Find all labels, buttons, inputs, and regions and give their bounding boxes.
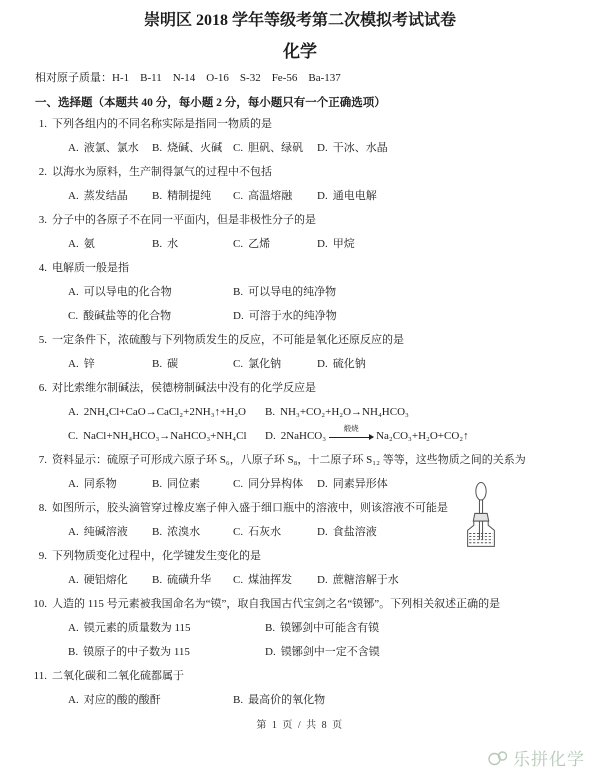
option-C: C.高温熔融 [233, 184, 317, 208]
reaction-arrow-icon: 煅烧 [329, 436, 373, 437]
option-row: A.对应的酸的酸酐B.最高价的氧化物 [33, 688, 580, 712]
question-6: 6.对比索维尔制碱法，侯德榜制碱法中没有的化学反应是A.2NH₄Cl+CaO→C… [33, 376, 580, 448]
option-B: B.精制提纯 [152, 184, 233, 208]
option-text: 最高价的氧化物 [248, 694, 325, 706]
reaction-condition: 煅烧 [344, 424, 359, 434]
option-text: 碳 [167, 358, 178, 370]
option-B: B.浓溴水 [152, 520, 233, 544]
question-line: 4.电解质一般是指 [33, 256, 580, 280]
option-row: C.酸碱盐等的化合物D.可溶于水的纯净物 [33, 304, 580, 328]
option-text: 同素异形体 [333, 478, 388, 490]
option-label: C. [233, 190, 243, 202]
option-text: 镆元素的质量数为 115 [84, 622, 191, 634]
option-A: A.硬铝熔化 [68, 568, 152, 592]
option-label: A. [68, 142, 79, 154]
option-row: B.镆原子的中子数为 115D.镆铘剑中一定不含镆 [33, 640, 580, 664]
question-number: 4. [33, 256, 47, 280]
option-label: B. [152, 358, 162, 370]
option-label: C. [68, 310, 78, 322]
option-label: C. [233, 526, 243, 538]
option-A: A.蒸发结晶 [68, 184, 152, 208]
option-text: NaCl+NH₄HCO₃→NaHCO₃+NH₄Cl [83, 430, 246, 442]
option-text: 可以导电的纯净物 [248, 286, 336, 298]
question-number: 7. [33, 448, 47, 472]
option-label: D. [317, 478, 328, 490]
option-B: B.镆原子的中子数为 115 [68, 640, 265, 664]
question-number: 1. [33, 112, 47, 136]
option-row: A.锌B.碳C.氯化钠D.硫化钠 [33, 352, 580, 376]
option-text: 镆铘剑中可能含有镆 [280, 622, 379, 634]
option-text: 干冰、水晶 [333, 142, 388, 154]
question-text: 电解质一般是指 [52, 262, 129, 274]
option-text: 酸碱盐等的化合物 [83, 310, 171, 322]
option-text: 蒸发结晶 [84, 190, 128, 202]
option-D: D.2NaHCO₃煅烧Na₂CO₃+H₂O+CO₂↑ [265, 424, 469, 448]
question-line: 10.人造的 115 号元素被我国命名为“镆”，取自我国古代宝剑之名“镆铘”。下… [33, 592, 580, 616]
question-text: 资料显示：硫原子可形成六原子环 S₆，八原子环 S₈，十二原子环 S₁₂ 等等，… [52, 454, 526, 466]
option-label: D. [265, 430, 276, 442]
question-number: 5. [33, 328, 47, 352]
question-line: 5.一定条件下，浓硫酸与下列物质发生的反应，不可能是氧化还原反应的是 [33, 328, 580, 352]
option-C: C.煤油挥发 [233, 568, 317, 592]
option-A: A.纯碱溶液 [68, 520, 152, 544]
option-text: 水 [167, 238, 178, 250]
question-number: 3. [33, 208, 47, 232]
question-text: 一定条件下，浓硫酸与下列物质发生的反应，不可能是氧化还原反应的是 [52, 334, 404, 346]
questions: 1.下列各组内的不同名称实际是指同一物质的是A.液氯、氯水B.烧碱、火碱C.胆矾… [0, 112, 600, 712]
option-text: 胆矾、绿矾 [248, 142, 303, 154]
option-label: C. [233, 574, 243, 586]
option-C: C.乙烯 [233, 232, 317, 256]
option-D: D.蔗糖溶解于水 [317, 568, 399, 592]
option-D: D.硫化钠 [317, 352, 366, 376]
option-A: A.锌 [68, 352, 152, 376]
option-text: 煤油挥发 [248, 574, 292, 586]
option-B: B.NH₃+CO₂+H₂O→NH₄HCO₃ [265, 400, 409, 424]
option-label: A. [68, 526, 79, 538]
option-row: A.可以导电的化合物B.可以导电的纯净物 [33, 280, 580, 304]
option-text: 硬铝熔化 [84, 574, 128, 586]
exam-paper-page: 崇明区 2018 学年等级考第二次模拟考试试卷 化学 相对原子质量：H-1 B-… [0, 0, 600, 782]
option-label: A. [68, 694, 79, 706]
option-label: D. [317, 142, 328, 154]
option-B: B.最高价的氧化物 [233, 688, 325, 712]
option-text: 对应的酸的酸酐 [84, 694, 161, 706]
question-5: 5.一定条件下，浓硫酸与下列物质发生的反应，不可能是氧化还原反应的是A.锌B.碳… [33, 328, 580, 376]
option-row: A.镆元素的质量数为 115B.镆铘剑中可能含有镆 [33, 616, 580, 640]
option-text: 烧碱、火碱 [167, 142, 222, 154]
question-line: 2.以海水为原料，生产制得氯气的过程中不包括 [33, 160, 580, 184]
atomic-mass-line: 相对原子质量：H-1 B-11 N-14 O-16 S-32 Fe-56 Ba-… [35, 71, 600, 85]
option-text: 硫磺升华 [167, 574, 211, 586]
question-text: 以海水为原料，生产制得氯气的过程中不包括 [52, 166, 272, 178]
equation-post: Na₂CO₃+H₂O+CO₂↑ [376, 430, 469, 442]
option-row: A.液氯、氯水B.烧碱、火碱C.胆矾、绿矾D.干冰、水晶 [33, 136, 580, 160]
option-B: B.烧碱、火碱 [152, 136, 233, 160]
option-D: D.甲烷 [317, 232, 355, 256]
option-text: 2NH₄Cl+CaO→CaCl₂+2NH₃↑+H₂O [84, 406, 246, 418]
option-D: D.可溶于水的纯净物 [233, 304, 337, 328]
subject-title: 化学 [0, 42, 600, 62]
option-text: 高温熔融 [248, 190, 292, 202]
question-number: 9. [33, 544, 47, 568]
question-11: 11.二氧化碳和二氧化硫都属于A.对应的酸的酸酐B.最高价的氧化物 [33, 664, 580, 712]
option-label: C. [233, 358, 243, 370]
option-text: 同分异构体 [248, 478, 303, 490]
question-number: 11. [33, 664, 47, 688]
option-label: C. [233, 478, 243, 490]
option-text: 纯碱溶液 [84, 526, 128, 538]
question-10: 10.人造的 115 号元素被我国命名为“镆”，取自我国古代宝剑之名“镆铘”。下… [33, 592, 580, 664]
option-text: 氨 [84, 238, 95, 250]
option-row: C.NaCl+NH₄HCO₃→NaHCO₃+NH₄ClD.2NaHCO₃煅烧Na… [33, 424, 580, 448]
option-label: D. [317, 238, 328, 250]
option-text: 液氯、氯水 [84, 142, 139, 154]
option-label: A. [68, 574, 79, 586]
option-text: 同位素 [167, 478, 200, 490]
option-B: B.镆铘剑中可能含有镆 [265, 616, 379, 640]
option-text: 食盐溶液 [333, 526, 377, 538]
option-label: B. [68, 646, 78, 658]
option-text: 锌 [84, 358, 95, 370]
option-label: A. [68, 286, 79, 298]
option-text: 氯化钠 [248, 358, 281, 370]
option-label: B. [233, 694, 243, 706]
option-label: B. [152, 190, 162, 202]
option-label: B. [152, 478, 162, 490]
option-label: D. [317, 574, 328, 586]
option-label: B. [152, 238, 162, 250]
option-label: A. [68, 478, 79, 490]
option-text: 蔗糖溶解于水 [333, 574, 399, 586]
option-row: A.硬铝熔化B.硫磺升华C.煤油挥发D.蔗糖溶解于水 [33, 568, 580, 592]
question-line: 1.下列各组内的不同名称实际是指同一物质的是 [33, 112, 580, 136]
option-label: A. [68, 622, 79, 634]
watermark-logo-icon [487, 749, 509, 767]
option-B: B.同位素 [152, 472, 233, 496]
option-C: C.石灰水 [233, 520, 317, 544]
option-label: D. [317, 358, 328, 370]
option-text: 镆原子的中子数为 115 [83, 646, 190, 658]
dropper-bottle-figure [459, 481, 503, 551]
question-1: 1.下列各组内的不同名称实际是指同一物质的是A.液氯、氯水B.烧碱、火碱C.胆矾… [33, 112, 580, 160]
option-D: D.食盐溶液 [317, 520, 377, 544]
question-4: 4.电解质一般是指A.可以导电的化合物B.可以导电的纯净物C.酸碱盐等的化合物D… [33, 256, 580, 328]
question-number: 2. [33, 160, 47, 184]
option-C: C.同分异构体 [233, 472, 317, 496]
option-label: A. [68, 358, 79, 370]
question-text: 分子中的各原子不在同一平面内，但是非极性分子的是 [52, 214, 316, 226]
option-B: B.可以导电的纯净物 [233, 280, 336, 304]
question-9: 9.下列物质变化过程中，化学键发生变化的是A.硬铝熔化B.硫磺升华C.煤油挥发D… [33, 544, 580, 592]
option-text: 甲烷 [333, 238, 355, 250]
option-D: D.镆铘剑中一定不含镆 [265, 640, 380, 664]
option-text: 石灰水 [248, 526, 281, 538]
question-text: 二氧化碳和二氧化硫都属于 [52, 670, 184, 682]
option-label: B. [265, 406, 275, 418]
option-row: A.蒸发结晶B.精制提纯C.高温熔融D.通电电解 [33, 184, 580, 208]
dropper-bulb [476, 483, 486, 501]
option-label: D. [233, 310, 244, 322]
question-text: 对比索维尔制碱法，侯德榜制碱法中没有的化学反应是 [52, 382, 316, 394]
option-C: C.NaCl+NH₄HCO₃→NaHCO₃+NH₄Cl [68, 424, 265, 448]
option-A: A.2NH₄Cl+CaO→CaCl₂+2NH₃↑+H₂O [68, 400, 265, 424]
option-label: C. [68, 430, 78, 442]
option-text: 同系物 [84, 478, 117, 490]
question-text: 人造的 115 号元素被我国命名为“镆”，取自我国古代宝剑之名“镆铘”。下列相关… [52, 598, 500, 610]
question-text: 如图所示，胶头滴管穿过橡皮塞子伸入盛于细口瓶中的溶液中，则该溶液不可能是 [52, 502, 448, 514]
watermark: 乐拼化学 [487, 745, 585, 770]
arrow-shaft [329, 437, 373, 438]
option-A: A.同系物 [68, 472, 152, 496]
section-heading: 一、选择题（本题共 40 分，每小题 2 分，每小题只有一个正确选项） [35, 96, 600, 110]
option-A: A.可以导电的化合物 [68, 280, 233, 304]
option-text: 通电电解 [333, 190, 377, 202]
option-text: 可溶于水的纯净物 [249, 310, 337, 322]
option-label: A. [68, 190, 79, 202]
option-label: B. [265, 622, 275, 634]
question-3: 3.分子中的各原子不在同一平面内，但是非极性分子的是A.氨B.水C.乙烯D.甲烷 [33, 208, 580, 256]
question-line: 7.资料显示：硫原子可形成六原子环 S₆，八原子环 S₈，十二原子环 S₁₂ 等… [33, 448, 580, 472]
option-text: 镆铘剑中一定不含镆 [281, 646, 380, 658]
option-text: 精制提纯 [167, 190, 211, 202]
option-B: B.水 [152, 232, 233, 256]
option-label: D. [265, 646, 276, 658]
equation-pre: 2NaHCO₃ [281, 430, 326, 442]
option-A: A.对应的酸的酸酐 [68, 688, 233, 712]
watermark-text: 乐拼化学 [513, 745, 585, 770]
option-row: A.2NH₄Cl+CaO→CaCl₂+2NH₃↑+H₂OB.NH₃+CO₂+H₂… [33, 400, 580, 424]
option-text: NH₃+CO₂+H₂O→NH₄HCO₃ [280, 406, 409, 418]
option-label: A. [68, 238, 79, 250]
rubber-stopper [473, 513, 488, 521]
question-text: 下列物质变化过程中，化学键发生变化的是 [52, 550, 261, 562]
option-label: B. [233, 286, 243, 298]
option-D: D.同素异形体 [317, 472, 388, 496]
option-text: 硫化钠 [333, 358, 366, 370]
question-number: 8. [33, 496, 47, 520]
option-D: D.干冰、水晶 [317, 136, 388, 160]
question-line: 3.分子中的各原子不在同一平面内，但是非极性分子的是 [33, 208, 580, 232]
option-B: B.硫磺升华 [152, 568, 233, 592]
option-text: 浓溴水 [167, 526, 200, 538]
option-text: 可以导电的化合物 [84, 286, 172, 298]
option-label: B. [152, 574, 162, 586]
option-C: C.酸碱盐等的化合物 [68, 304, 233, 328]
option-label: C. [233, 238, 243, 250]
option-D: D.通电电解 [317, 184, 377, 208]
option-label: D. [317, 190, 328, 202]
question-number: 6. [33, 376, 47, 400]
option-row: A.氨B.水C.乙烯D.甲烷 [33, 232, 580, 256]
option-text: 乙烯 [248, 238, 270, 250]
option-B: B.碳 [152, 352, 233, 376]
option-label: B. [152, 142, 162, 154]
question-2: 2.以海水为原料，生产制得氯气的过程中不包括A.蒸发结晶B.精制提纯C.高温熔融… [33, 160, 580, 208]
question-text: 下列各组内的不同名称实际是指同一物质的是 [52, 118, 272, 130]
option-label: C. [233, 142, 243, 154]
question-line: 6.对比索维尔制碱法，侯德榜制碱法中没有的化学反应是 [33, 376, 580, 400]
page-number: 第 1 页 / 共 8 页 [0, 716, 600, 731]
option-label: D. [317, 526, 328, 538]
option-A: A.液氯、氯水 [68, 136, 152, 160]
option-A: A.镆元素的质量数为 115 [68, 616, 265, 640]
option-A: A.氨 [68, 232, 152, 256]
question-number: 10. [33, 592, 47, 616]
page-title: 崇明区 2018 学年等级考第二次模拟考试试卷 [0, 0, 600, 31]
option-label: B. [152, 526, 162, 538]
option-C: C.氯化钠 [233, 352, 317, 376]
question-line: 11.二氧化碳和二氧化硫都属于 [33, 664, 580, 688]
option-label: A. [68, 406, 79, 418]
option-C: C.胆矾、绿矾 [233, 136, 317, 160]
